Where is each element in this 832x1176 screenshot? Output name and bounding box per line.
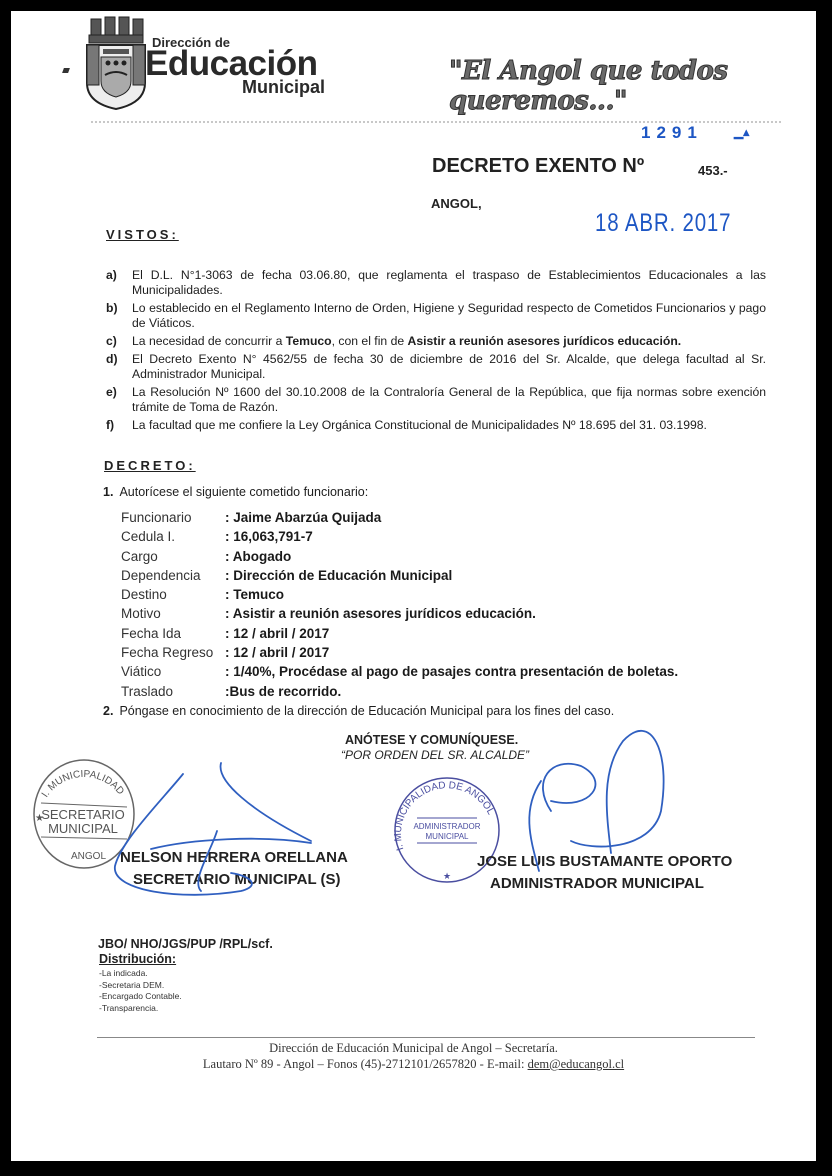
footer-divider — [97, 1037, 755, 1038]
document-number: 453.- — [698, 163, 728, 178]
field-label: Cargo — [121, 547, 225, 566]
svg-text:★: ★ — [443, 871, 451, 881]
slogan: "El Angol que todos queremos..." — [449, 56, 816, 116]
field-label: Destino — [121, 585, 225, 604]
footer-line-1: Dirección de Educación Municipal de Ango… — [11, 1041, 816, 1056]
decreto-heading: DECRETO: — [104, 458, 196, 473]
vistos-heading: VISTOS: — [106, 227, 179, 242]
vistos-item: c)La necesidad de concurrir a Temuco, co… — [106, 334, 766, 349]
commission-field-row: Cedula I.: 16,063,791-7 — [121, 527, 678, 546]
commission-fields: Funcionario: Jaime Abarzúa QuijadaCedula… — [121, 508, 678, 701]
por-orden-text: “POR ORDEN DEL SR. ALCALDE” — [341, 748, 529, 762]
footer-email-link[interactable]: dem@educangol.cl — [528, 1057, 625, 1071]
vistos-item: f)La facultad que me confiere la Ley Org… — [106, 418, 766, 433]
commission-field-row: Dependencia: Dirección de Educación Muni… — [121, 566, 678, 585]
decreto-step-2: 2.Póngase en conocimiento de la direcció… — [103, 704, 614, 718]
distribution-list: -La indicada. -Secretaria DEM. -Encargad… — [99, 968, 182, 1014]
field-value: : Jaime Abarzúa Quijada — [225, 508, 381, 527]
document-place: ANGOL, — [431, 196, 482, 211]
field-label: Viático — [121, 662, 225, 681]
field-label: Fecha Regreso — [121, 643, 225, 662]
distribution-heading: Distribución: — [99, 952, 176, 966]
logo-line3: Municipal — [242, 77, 325, 98]
commission-field-row: Fecha Regreso: 12 / abril / 2017 — [121, 643, 678, 662]
field-value: :Bus de recorrido. — [225, 682, 341, 701]
field-value: : 16,063,791-7 — [225, 527, 313, 546]
field-label: Dependencia — [121, 566, 225, 585]
svg-text:ANGOL: ANGOL — [71, 851, 106, 862]
field-value: : Temuco — [225, 585, 284, 604]
commission-field-row: Funcionario: Jaime Abarzúa Quijada — [121, 508, 678, 527]
footer-line-2: Lautaro Nº 89 - Angol – Fonos (45)-27121… — [11, 1057, 816, 1072]
document-title: DECRETO EXENTO Nº — [432, 155, 644, 178]
field-value: : Asistir a reunión asesores jurídicos e… — [225, 604, 536, 623]
vistos-item: a)El D.L. N°1-3063 de fecha 03.06.80, qu… — [106, 268, 766, 298]
signer-1-title: SECRETARIO MUNICIPAL (S) — [133, 871, 341, 888]
field-label: Traslado — [121, 682, 225, 701]
commission-field-row: Cargo: Abogado — [121, 547, 678, 566]
distribution-item: -La indicada. — [99, 968, 182, 980]
commission-field-row: Viático: 1/40%, Procédase al pago de pas… — [121, 662, 678, 681]
field-value: : Dirección de Educación Municipal — [225, 566, 452, 585]
svg-text:MUNICIPAL: MUNICIPAL — [48, 821, 118, 836]
signer-2-name: JOSE LUIS BUSTAMANTE OPORTO — [477, 853, 732, 870]
registry-number-stamp: 1291 — [641, 123, 703, 143]
svg-text:SECRETARIO: SECRETARIO — [41, 807, 125, 822]
field-label: Funcionario — [121, 508, 225, 527]
field-value: : Abogado — [225, 547, 291, 566]
scan-mark — [62, 68, 70, 73]
vistos-item: d)El Decreto Exento N° 4562/55 de fecha … — [106, 352, 766, 382]
commission-field-row: Destino: Temuco — [121, 585, 678, 604]
field-label: Cedula I. — [121, 527, 225, 546]
field-label: Motivo — [121, 604, 225, 623]
date-stamp: 18 ABR. 2017 — [595, 209, 731, 238]
vistos-list: a)El D.L. N°1-3063 de fecha 03.06.80, qu… — [106, 268, 766, 436]
signer-1-name: NELSON HERRERA ORELLANA — [120, 849, 348, 866]
field-label: Fecha Ida — [121, 624, 225, 643]
commission-field-row: Fecha Ida: 12 / abril / 2017 — [121, 624, 678, 643]
signer-2-title: ADMINISTRADOR MUNICIPAL — [490, 875, 704, 892]
coat-of-arms-icon — [81, 15, 149, 111]
svg-text:★: ★ — [35, 813, 44, 824]
svg-text:MUNICIPAL: MUNICIPAL — [426, 832, 470, 841]
anotese-text: ANÓTESE Y COMUNÍQUESE. — [345, 733, 518, 747]
vistos-item: b)Lo establecido en el Reglamento Intern… — [106, 301, 766, 331]
commission-field-row: Traslado:Bus de recorrido. — [121, 682, 678, 701]
distribution-item: -Secretaria DEM. — [99, 980, 182, 992]
distribution-item: -Encargado Contable. — [99, 991, 182, 1003]
distribution-item: -Transparencia. — [99, 1003, 182, 1015]
vistos-item: e)La Resolución Nº 1600 del 30.10.2008 d… — [106, 385, 766, 415]
field-value: : 12 / abril / 2017 — [225, 624, 329, 643]
decreto-step-1: 1.Autorícese el siguiente cometido funci… — [103, 485, 368, 499]
field-value: : 12 / abril / 2017 — [225, 643, 329, 662]
decree-page: Dirección de Educación Municipal "El Ang… — [11, 11, 816, 1161]
initials-line: JBO/ NHO/JGS/PUP /RPL/scf. — [98, 937, 273, 951]
field-value: : 1/40%, Procédase al pago de pasajes co… — [225, 662, 678, 681]
svg-text:I. MUNICIPALIDAD: I. MUNICIPALIDAD — [40, 769, 126, 800]
commission-field-row: Motivo: Asistir a reunión asesores juríd… — [121, 604, 678, 623]
svg-text:ADMINISTRADOR: ADMINISTRADOR — [413, 822, 480, 831]
registry-stamp-tail: ▁▴ — [734, 125, 749, 139]
